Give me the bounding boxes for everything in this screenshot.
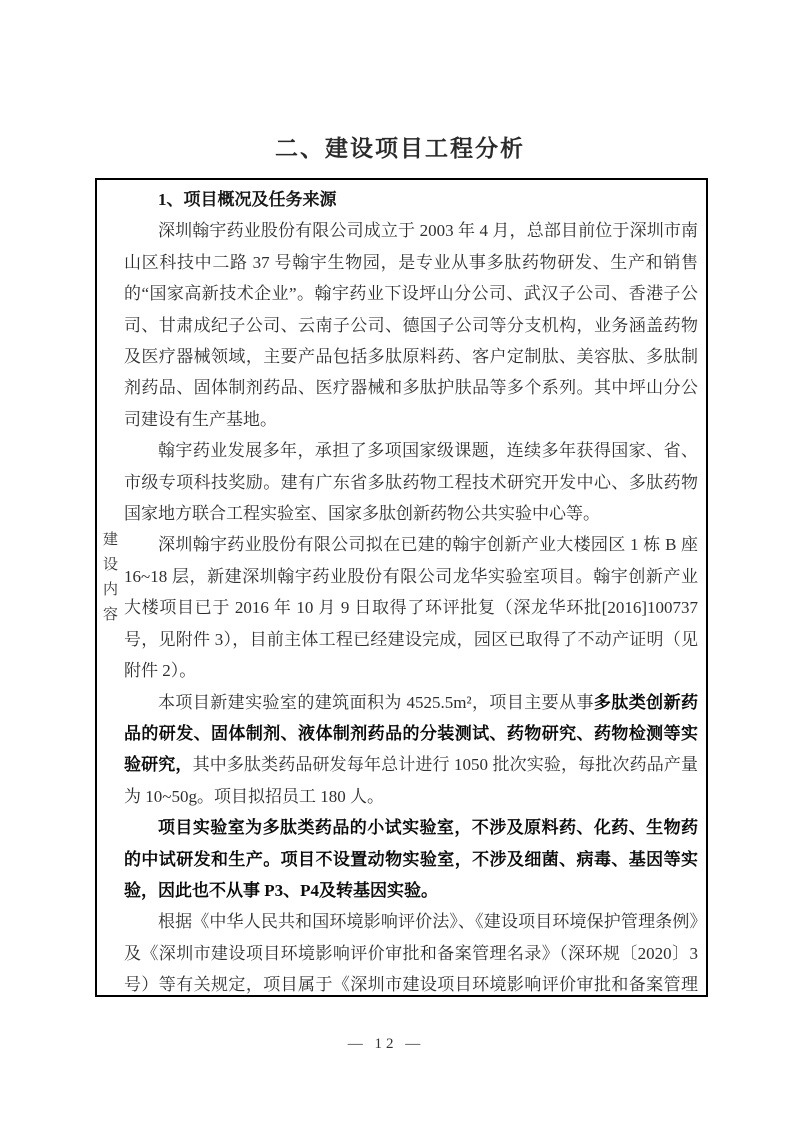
paragraph-project-location: 深圳翰宇药业股份有限公司拟在已建的翰宇创新产业大楼园区 1 栋 B 座 16~1… — [124, 529, 698, 686]
paragraph-text-bold: 项目实验室为多肽类药品的小试实验室，不涉及原料药、化药、生物药的中试研发和生产。… — [124, 818, 698, 900]
content-table: 建 设 内 容 1、项目概况及任务来源 深圳翰宇药业股份有限公司成立于 2003… — [95, 178, 708, 997]
paragraph-text: 其中多肽类药品研发每年总计进行 1050 批次实验，每批次药品产量为 10~50… — [124, 755, 698, 805]
row-label-char: 容 — [103, 603, 118, 628]
row-label-char: 内 — [103, 578, 118, 603]
row-header-construction-content: 建 设 内 容 — [97, 180, 124, 995]
section-heading: 1、项目概况及任务来源 — [124, 184, 698, 215]
paragraph-text: 本项目新建实验室的建筑面积为 4525.5m²，项目主要从事 — [158, 693, 594, 712]
document-title: 二、建设项目工程分析 — [0, 130, 800, 163]
row-label-char: 设 — [103, 553, 118, 578]
paragraph-text: 深圳翰宇药业股份有限公司成立于 2003 年 4 月，总部目前位于深圳市南山区科… — [124, 221, 698, 428]
table-cell-body: 1、项目概况及任务来源 深圳翰宇药业股份有限公司成立于 2003 年 4 月，总… — [124, 180, 706, 995]
paragraph-lab-scope: 项目实验室为多肽类药品的小试实验室，不涉及原料药、化药、生物药的中试研发和生产。… — [124, 812, 698, 906]
paragraph-company-achievements: 翰宇药业发展多年，承担了多项国家级课题，连续多年获得国家、省、市级专项科技奖励。… — [124, 435, 698, 529]
paragraph-text: 根据《中华人民共和国环境影响评价法》、《建设项目环境保护管理条例》及《深圳市建设… — [124, 912, 698, 995]
paragraph-text: 翰宇药业发展多年，承担了多项国家级课题，连续多年获得国家、省、市级专项科技奖励。… — [124, 441, 698, 523]
row-label-char: 建 — [103, 528, 118, 553]
paragraph-project-scale: 本项目新建实验室的建筑面积为 4525.5m²，项目主要从事多肽类创新药品的研发… — [124, 687, 698, 813]
paragraph-text: 深圳翰宇药业股份有限公司拟在已建的翰宇创新产业大楼园区 1 栋 B 座 16~1… — [124, 535, 698, 680]
paragraph-company-intro: 深圳翰宇药业股份有限公司成立于 2003 年 4 月，总部目前位于深圳市南山区科… — [124, 215, 698, 435]
page-number: — 12 — — [0, 1036, 772, 1053]
paragraph-regulation-basis: 根据《中华人民共和国环境影响评价法》、《建设项目环境保护管理条例》及《深圳市建设… — [124, 906, 698, 995]
